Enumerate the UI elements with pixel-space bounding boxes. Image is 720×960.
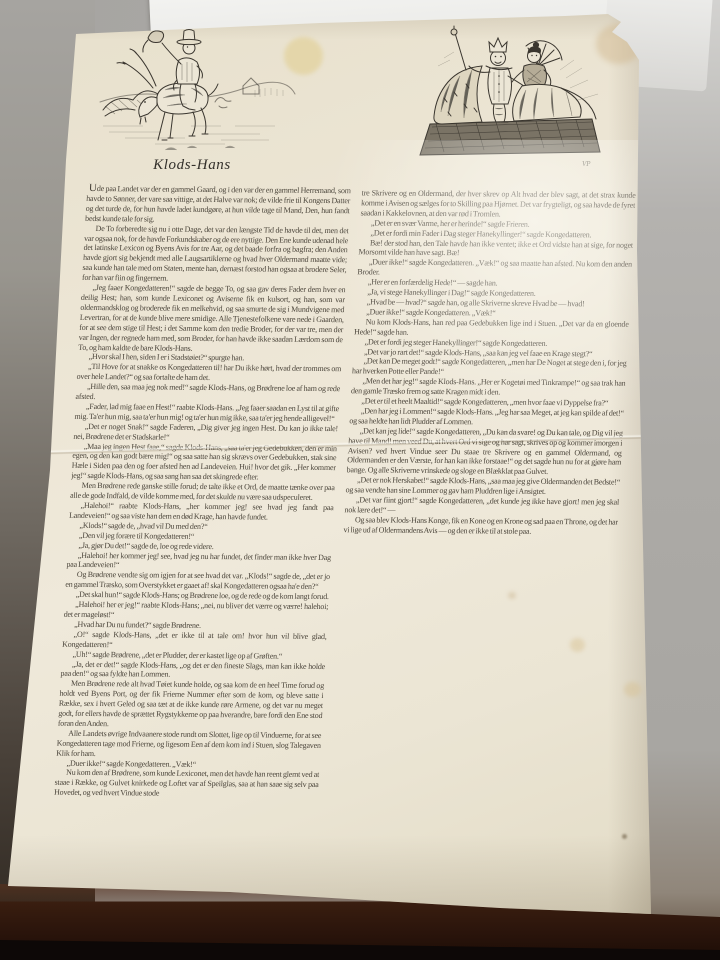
- paragraph: „Det var fiint gjort!“ sagde Kongedatter…: [344, 495, 619, 517]
- stain-spot-large: [284, 37, 323, 75]
- paragraph: Nu kom den af Brødrene, som kunde Lexico…: [54, 768, 320, 800]
- paragraph: Alle Landets øvrige Indvaanere stode run…: [56, 729, 322, 761]
- paragraph: „Jeg faaer Kongedatteren!“ sagde de begg…: [78, 283, 346, 355]
- paragraph: „Fader, lad mig faae en Hest!“ raabte Kl…: [74, 402, 339, 424]
- book-page: VP Klods-Hans Ude paa Landet var der en …: [0, 0, 720, 960]
- paragraph: Men Brødrene rede ganske stille forud; d…: [70, 481, 335, 503]
- paragraph: Og saa blev Klods-Hans Konge, fik en Kon…: [343, 515, 618, 537]
- paragraph: „Det kan jeg lide!“ sagde Kongedatteren,…: [346, 426, 623, 478]
- stain-spot-small: [624, 682, 641, 697]
- paragraph: Ude paa Landet var der en gammel Gaard, …: [85, 184, 351, 226]
- stain-speck: [622, 834, 627, 839]
- paragraph: „Til Hove for at snakke os Kongedatteren…: [76, 362, 341, 384]
- paragraph: Og Brødrene vendte sig om igjen for at s…: [65, 570, 330, 592]
- paragraph: „Det er nok Herskabet!“ sagde Klods-Hans…: [345, 475, 620, 497]
- paragraph: Men Brødrene rede alt hvad Tøiet kunde h…: [58, 679, 325, 731]
- paragraph: „Halehoi! her er jeg!“ raabte Klods-Hans…: [63, 600, 328, 622]
- paragraph: „Hille den, saa maa jeg nok med!“ sagde …: [75, 382, 340, 404]
- paragraph: „Halehoi! her kommer jeg! see, hvad jeg …: [66, 550, 331, 572]
- paragraph: „Halehoi!“ raabte Klods-Hans, „her komme…: [69, 501, 334, 523]
- left-text-column: Ude paa Landet var der en gammel Gaard, …: [49, 184, 351, 883]
- paragraph: „Det er noget Snak!“ sagde Faderen, „Dig…: [73, 422, 338, 444]
- paragraph: „O!“ sagde Klods-Hans, „det er ikke til …: [62, 630, 327, 652]
- stain-spot-small: [570, 638, 585, 652]
- stain-spot-small: [508, 592, 516, 599]
- photo-glare: [330, 140, 660, 430]
- paragraph: „Ja, det er det!“ sagde Klods-Hans, „og …: [60, 659, 325, 681]
- paragraph: De To forberedte sig nu i otte Dage, det…: [82, 224, 349, 286]
